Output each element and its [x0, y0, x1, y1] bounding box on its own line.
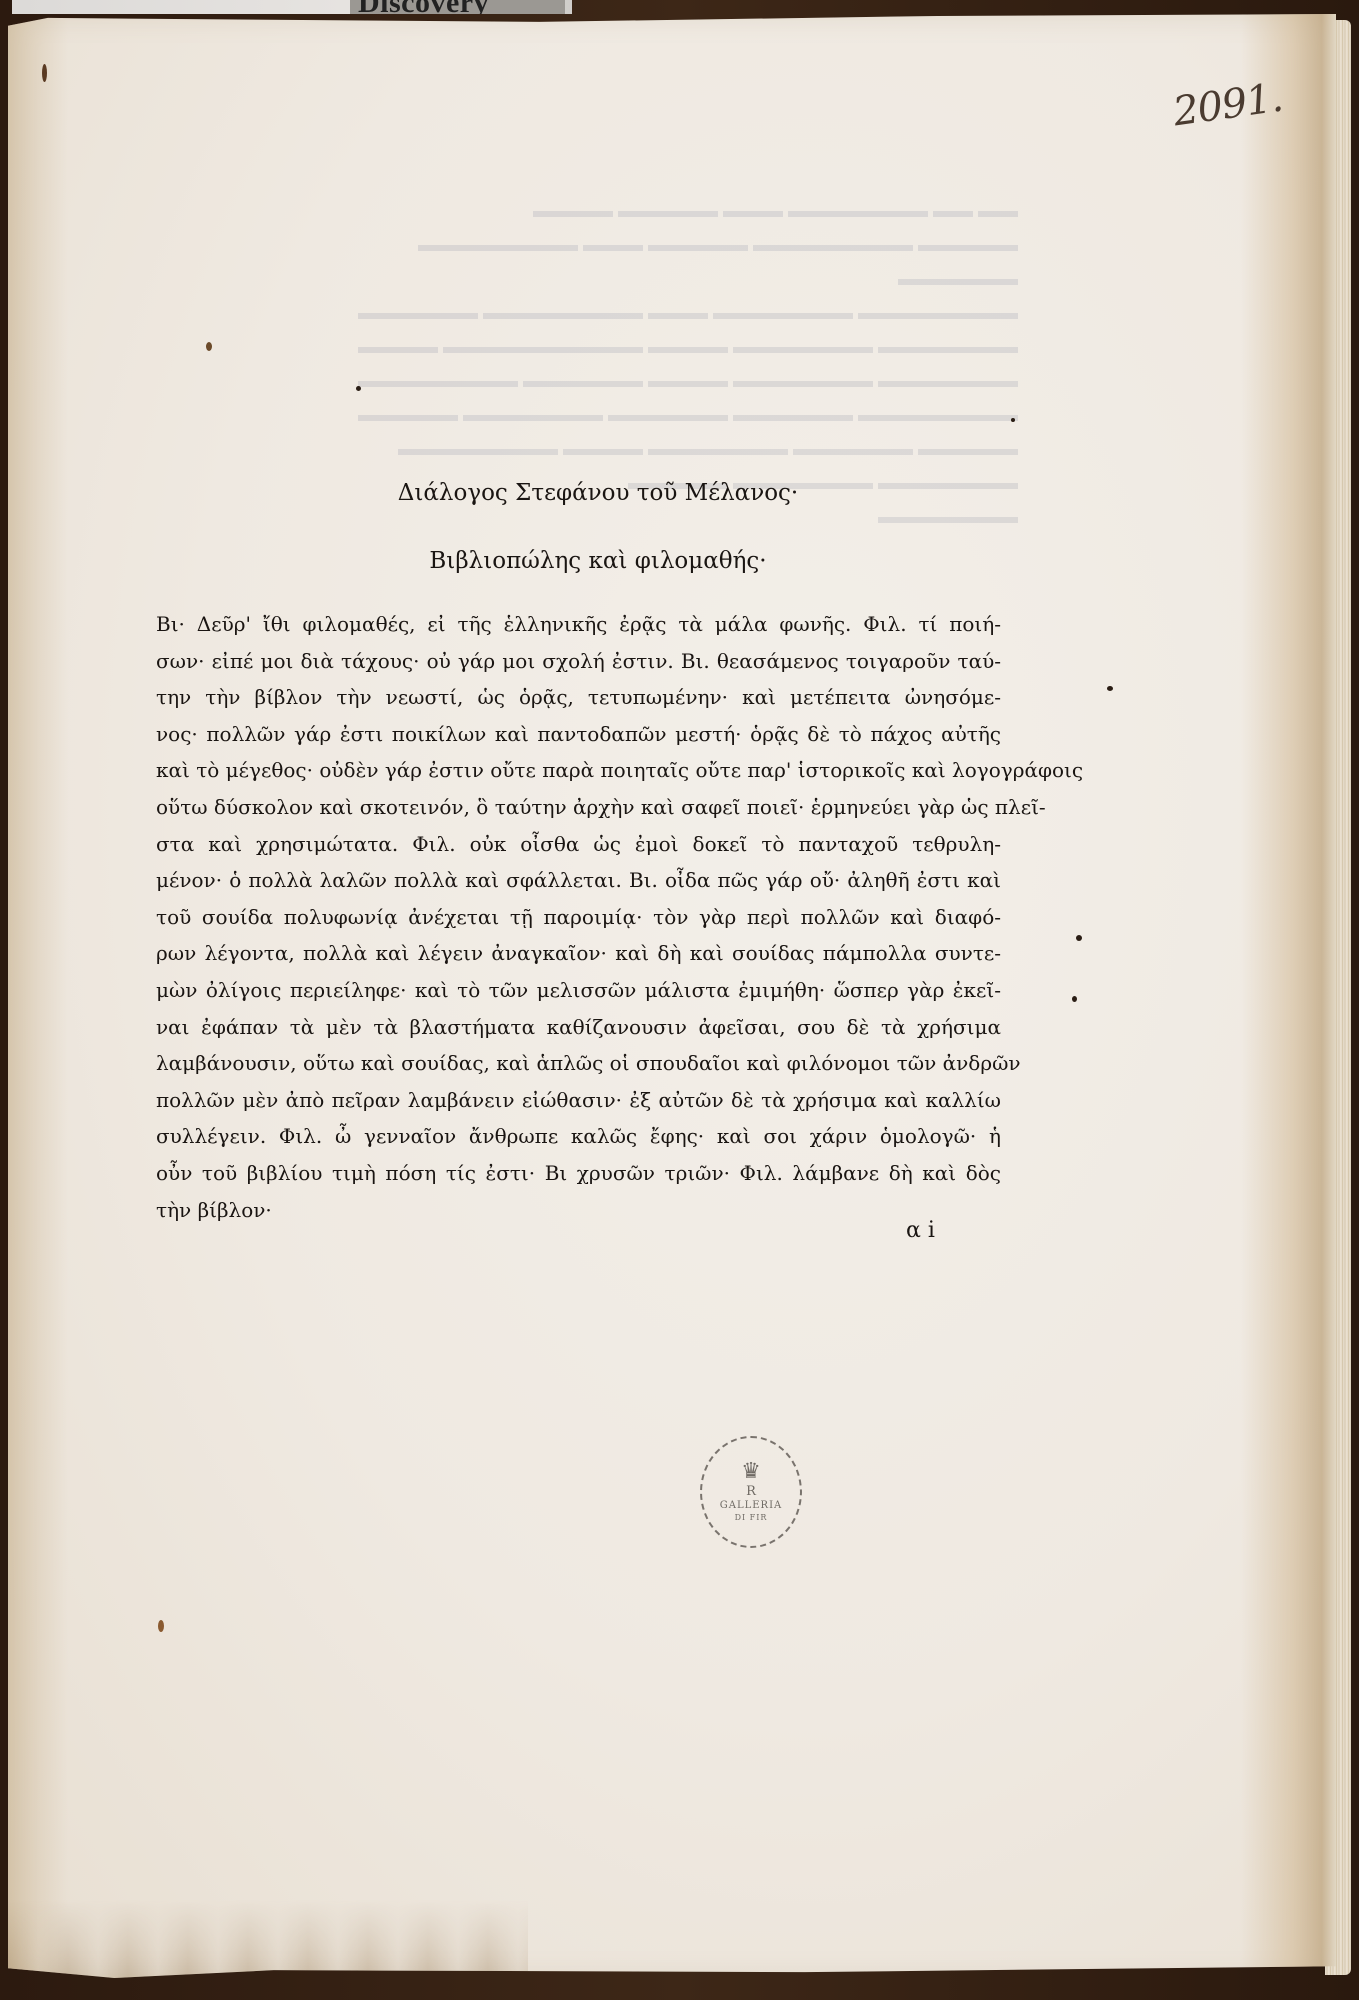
- ink-spot: [1011, 418, 1015, 422]
- dialogue-body: Βι· Δεῦρ' ἴθι φιλομαθές, εἰ τῆς ἑλληνικῆ…: [156, 606, 1001, 1228]
- body-line: συλλέγειν. Φιλ. ὦ γενναῖον ἄνθρωπε καλῶς…: [156, 1118, 1001, 1155]
- body-line: οὖν τοῦ βιβλίου τιμὴ πόση τίς ἐστι· Βι χ…: [156, 1155, 1001, 1192]
- manuscript-page: ▬▬▬▬ ▬▬▬▬▬ ▬▬▬ ▬▬▬▬▬▬▬ ▬▬ ▬▬ ▬▬▬▬▬▬▬▬ ▬▬…: [8, 14, 1336, 1980]
- body-line: την τὴν βίβλον τὴν νεωστί, ὡς ὁρᾷς, τετυ…: [156, 679, 1001, 716]
- body-line: τοῦ σουίδα πολυφωνίᾳ ἀνέχεται τῇ παροιμί…: [156, 899, 1001, 936]
- stamp-line-3: DI FIR: [735, 1512, 768, 1524]
- body-line: ναι ἐφάπαν τὰ μὲν τὰ βλαστήματα καθίζανο…: [156, 1009, 1001, 1046]
- ink-spot: [206, 342, 212, 351]
- ink-spot: [42, 64, 47, 82]
- discovery-label: Discovery: [350, 0, 565, 14]
- ink-spot: [1072, 996, 1077, 1002]
- stamp-line-1: R: [746, 1485, 756, 1499]
- stamp-line-2: GALLERIA: [720, 1499, 783, 1512]
- body-line: καὶ τὸ μέγεθος· οὐδὲν γάρ ἐστιν οὔτε παρ…: [156, 752, 1001, 789]
- crown-icon: ♛: [741, 1461, 761, 1483]
- body-line: οὕτω δύσκολον καὶ σκοτεινόν, ὃ ταύτην ἀρ…: [156, 789, 1001, 826]
- body-line: μὼν ὀλίγοις περιείληφε· καὶ τὸ τῶν μελισ…: [156, 972, 1001, 1009]
- ink-spot: [1107, 686, 1113, 691]
- body-line: ρων λέγοντα, πολλὰ καὶ λέγειν ἀναγκαῖον·…: [156, 935, 1001, 972]
- ink-spot: [356, 386, 361, 391]
- ink-spot: [1076, 935, 1082, 941]
- edge-stain-right: [1241, 14, 1336, 1980]
- library-stamp: ♛ R GALLERIA DI FIR: [700, 1436, 802, 1548]
- body-line: στα καὶ χρησιμώτατα. Φιλ. οὐκ οἶσθα ὡς ἐ…: [156, 826, 1001, 863]
- ink-spot: [158, 1620, 164, 1632]
- scan-scene: Discovery ▬▬▬▬ ▬▬▬▬▬ ▬▬▬ ▬▬▬▬▬▬▬ ▬▬ ▬▬ ▬…: [0, 0, 1359, 2000]
- body-line: Βι· Δεῦρ' ἴθι φιλομαθές, εἰ τῆς ἑλληνικῆ…: [156, 606, 1001, 643]
- body-line: τὴν βίβλον·: [156, 1192, 1001, 1229]
- edge-stain-left: [8, 14, 68, 1980]
- body-line: λαμβάνουσιν, οὕτω καὶ σουίδας, καὶ ἁπλῶς…: [156, 1045, 1001, 1082]
- body-line: σων· εἰπέ μοι διὰ τάχους· οὐ γάρ μοι σχο…: [156, 643, 1001, 680]
- dialogue-title: Διάλογος Στεφάνου τοῦ Μέλανος·: [388, 480, 808, 506]
- discovery-label-text: Discovery: [358, 0, 489, 14]
- water-stain-bottom: [8, 1900, 528, 1980]
- signature-mark: α i: [906, 1218, 935, 1243]
- dialogue-subtitle: Βιβλιοπώλης καὶ φιλομαθής·: [388, 548, 808, 574]
- body-line: νος· πολλῶν γάρ ἐστι ποικίλων καὶ παντοδ…: [156, 716, 1001, 753]
- body-line: πολλῶν μὲν ἀπὸ πεῖραν λαμβάνειν εἰώθασιν…: [156, 1082, 1001, 1119]
- body-line: μένον· ὁ πολλὰ λαλῶν πολλὰ καὶ σφάλλεται…: [156, 862, 1001, 899]
